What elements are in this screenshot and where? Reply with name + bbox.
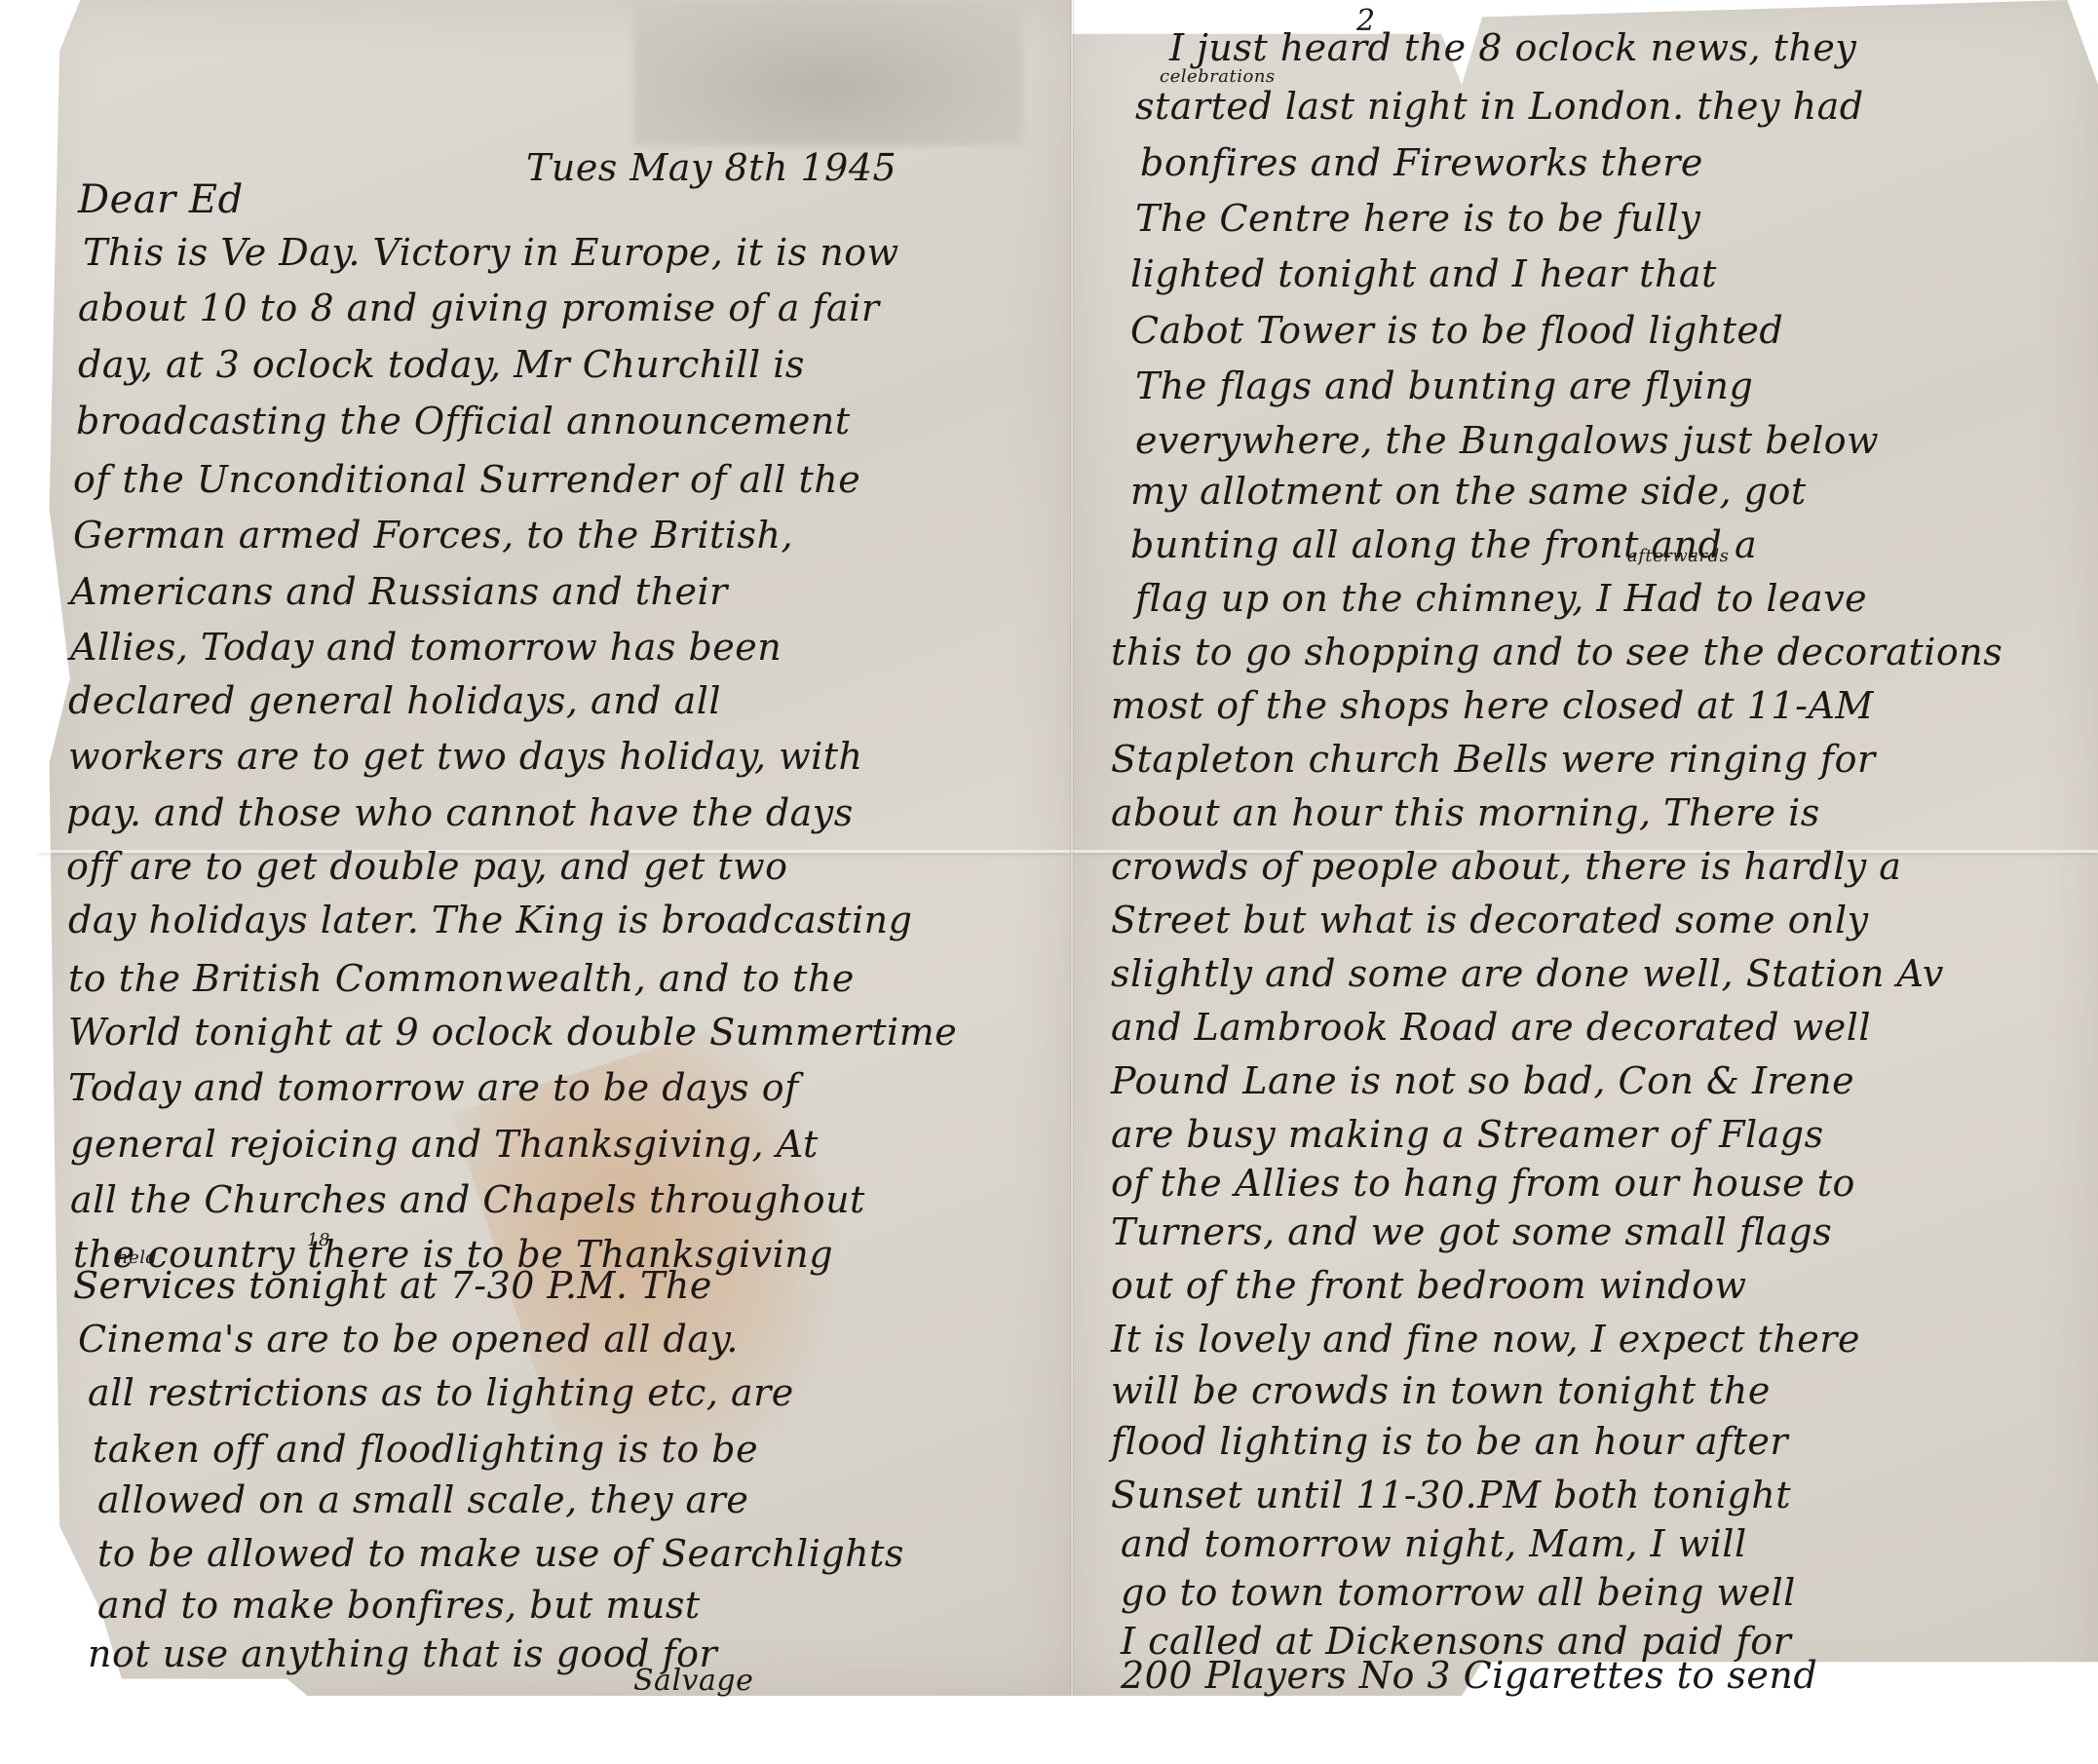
right-line: It is lovely and fine now, I expect ther…	[1111, 1321, 1860, 1358]
left-line: general rejoicing and Thanksgiving, At	[70, 1126, 819, 1163]
right-line: bonfires and Fireworks there	[1140, 144, 1703, 181]
left-line: day holidays later. The King is broadcas…	[68, 901, 912, 939]
right-line: slightly and some are done well, Station…	[1111, 955, 1944, 992]
right-line: Stapleton church Bells were ringing for	[1111, 741, 1876, 778]
right-line: Pound Lane is not so bad, Con & Irene	[1111, 1062, 1854, 1099]
left-line: Americans and Russians and their	[70, 573, 728, 610]
right-line: will be crowds in town tonight the	[1111, 1372, 1771, 1409]
left-line: Allies, Today and tomorrow has been	[70, 629, 782, 666]
left-line: all restrictions as to lighting etc, are	[88, 1374, 794, 1411]
right-line: and Lambrook Road are decorated well	[1111, 1009, 1871, 1046]
left-line: declared general holidays, and all	[68, 682, 721, 719]
insertion-afterwards: afterwards	[1627, 546, 1729, 566]
left-line: about 10 to 8 and giving promise of a fa…	[78, 289, 880, 326]
right-line: crowds of people about, there is hardly …	[1111, 848, 1901, 885]
right-line: 200 Players No 3 Cigarettes to send	[1121, 1657, 1817, 1694]
right-line: everywhere, the Bungalows just below	[1135, 422, 1879, 459]
left-line: taken off and floodlighting is to be	[93, 1431, 758, 1468]
left-line: allowed on a small scale, they are	[97, 1481, 748, 1518]
left-line: World tonight at 9 oclock double Summert…	[68, 1014, 957, 1051]
left-line: pay. and those who cannot have the days	[66, 794, 854, 831]
left-line-salvage: Salvage	[633, 1667, 753, 1696]
right-line: Sunset until 11-30.PM both tonight	[1111, 1476, 1791, 1514]
right-line: Street but what is decorated some only	[1111, 901, 1869, 939]
right-line: flag up on the chimney, I Had to leave	[1135, 580, 1867, 617]
left-line: of the Unconditional Surrender of all th…	[73, 461, 860, 498]
left-line: This is Ve Day. Victory in Europe, it is…	[83, 234, 899, 271]
letter-date: Tues May 8th 1945	[526, 146, 896, 189]
left-line: German armed Forces, to the British,	[73, 517, 793, 554]
right-line: of the Allies to hang from our house to	[1111, 1165, 1855, 1202]
left-line: Today and tomorrow are to be days of	[68, 1069, 799, 1106]
right-line: flood lighting is to be an hour after	[1111, 1423, 1788, 1460]
right-line: The flags and bunting are flying	[1135, 367, 1753, 404]
left-line: day, at 3 oclock today, Mr Churchill is	[78, 346, 805, 383]
left-line: and to make bonfires, but must	[97, 1587, 701, 1624]
right-line: and tomorrow night, Mam, I will	[1121, 1525, 1747, 1562]
left-line: to be allowed to make use of Searchlight…	[97, 1535, 904, 1572]
right-line: out of the front bedroom window	[1111, 1267, 1747, 1304]
left-line: broadcasting the Official announcement	[76, 403, 851, 440]
insertion-celebrations: celebrations	[1160, 66, 1276, 87]
vertical-fold-crease	[1070, 0, 1074, 1696]
right-line: most of the shops here closed at 11-AM	[1111, 687, 1874, 724]
left-line: all the Churches and Chapels throughout	[70, 1181, 865, 1218]
right-line: Cabot Tower is to be flood lighted	[1130, 312, 1783, 349]
right-line: about an hour this morning, There is	[1111, 794, 1820, 831]
right-line: started last night in London. they had	[1135, 88, 1864, 125]
redacted-letterhead	[633, 0, 1023, 146]
left-line: not use anything that is good for	[88, 1635, 717, 1672]
left-line: workers are to get two days holiday, wit…	[68, 738, 863, 775]
left-line: to the British Commonwealth, and to the	[68, 960, 855, 997]
right-line: are busy making a Streamer of Flags	[1111, 1116, 1824, 1153]
right-line: I just heard the 8 oclock news, they	[1169, 29, 1856, 66]
right-line: my allotment on the same side, got	[1130, 473, 1807, 510]
insertion-18: 18	[307, 1230, 330, 1250]
letter-scan: Tues May 8th 1945 Dear Ed This is Ve Day…	[0, 0, 2098, 1764]
right-line: The Centre here is to be fully	[1135, 200, 1700, 237]
right-line: lighted tonight and I hear that	[1130, 255, 1717, 292]
left-line: off are to get double pay, and get two	[66, 848, 788, 885]
left-line: Cinema's are to be opened all day.	[78, 1321, 739, 1358]
salutation: Dear Ed	[78, 177, 244, 222]
left-line: Services tonight at 7-30 P.M. The	[73, 1267, 712, 1304]
right-line: this to go shopping and to see the decor…	[1111, 633, 2003, 671]
right-line: Turners, and we got some small flags	[1111, 1213, 1832, 1250]
right-line: go to town tomorrow all being well	[1121, 1574, 1796, 1611]
